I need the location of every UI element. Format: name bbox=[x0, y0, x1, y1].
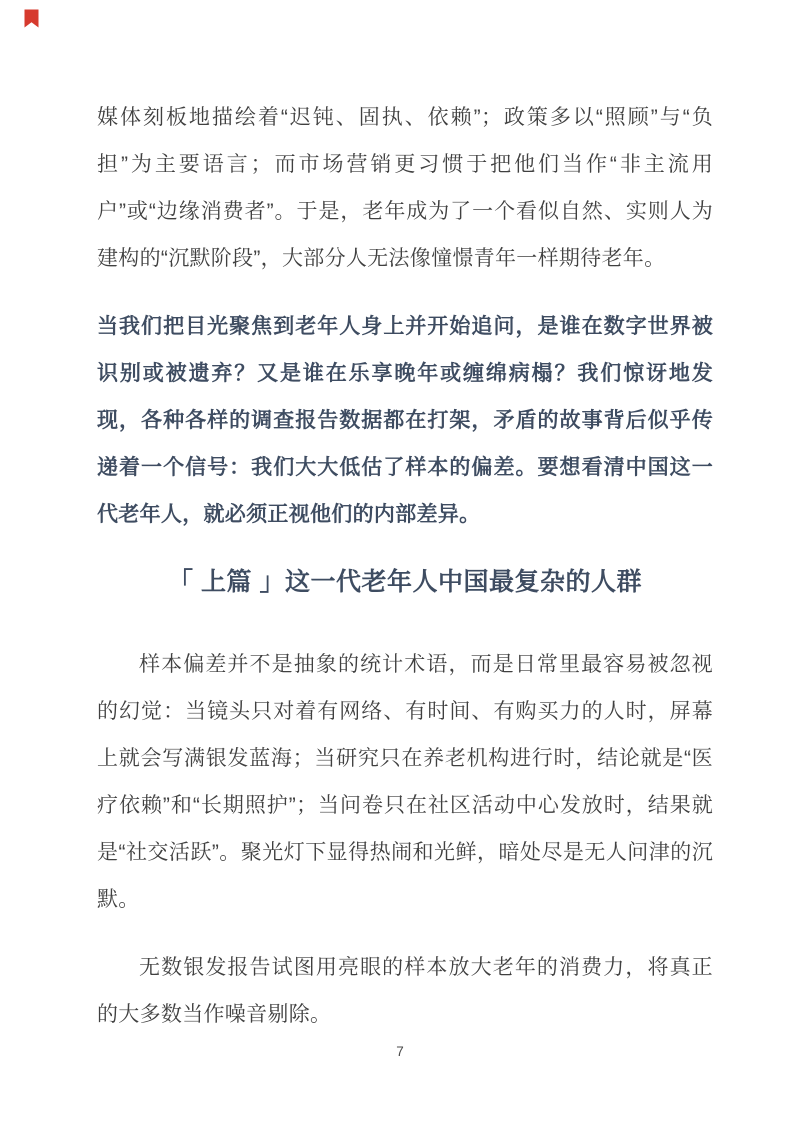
paragraph: 无数银发报告试图用亮眼的样本放大老年的消费力，将真正的大多数当作噪音剔除。 bbox=[97, 944, 713, 1038]
paragraph: 样本偏差并不是抽象的统计术语，而是日常里最容易被忽视的幻觉：当镜头只对着有网络、… bbox=[97, 641, 713, 923]
paragraph: 媒体刻板地描绘着“迟钝、固执、依赖”；政策多以“照顾”与“负担”为主要语言；而市… bbox=[97, 94, 713, 282]
document-page: 媒体刻板地描绘着“迟钝、固执、依赖”；政策多以“照顾”与“负担”为主要语言；而市… bbox=[0, 0, 800, 1131]
page-number: 7 bbox=[0, 1042, 800, 1062]
document-body: 媒体刻板地描绘着“迟钝、固执、依赖”；政策多以“照顾”与“负担”为主要语言；而市… bbox=[97, 0, 713, 1059]
section-heading: 「 上篇 」这一代老年人中国最复杂的人群 bbox=[97, 559, 713, 606]
emphasis-paragraph: 当我们把目光聚焦到老年人身上并开始追问，是谁在数字世界被识别或被遗弃？又是谁在乐… bbox=[97, 303, 713, 538]
red-bookmark-icon bbox=[24, 9, 39, 28]
